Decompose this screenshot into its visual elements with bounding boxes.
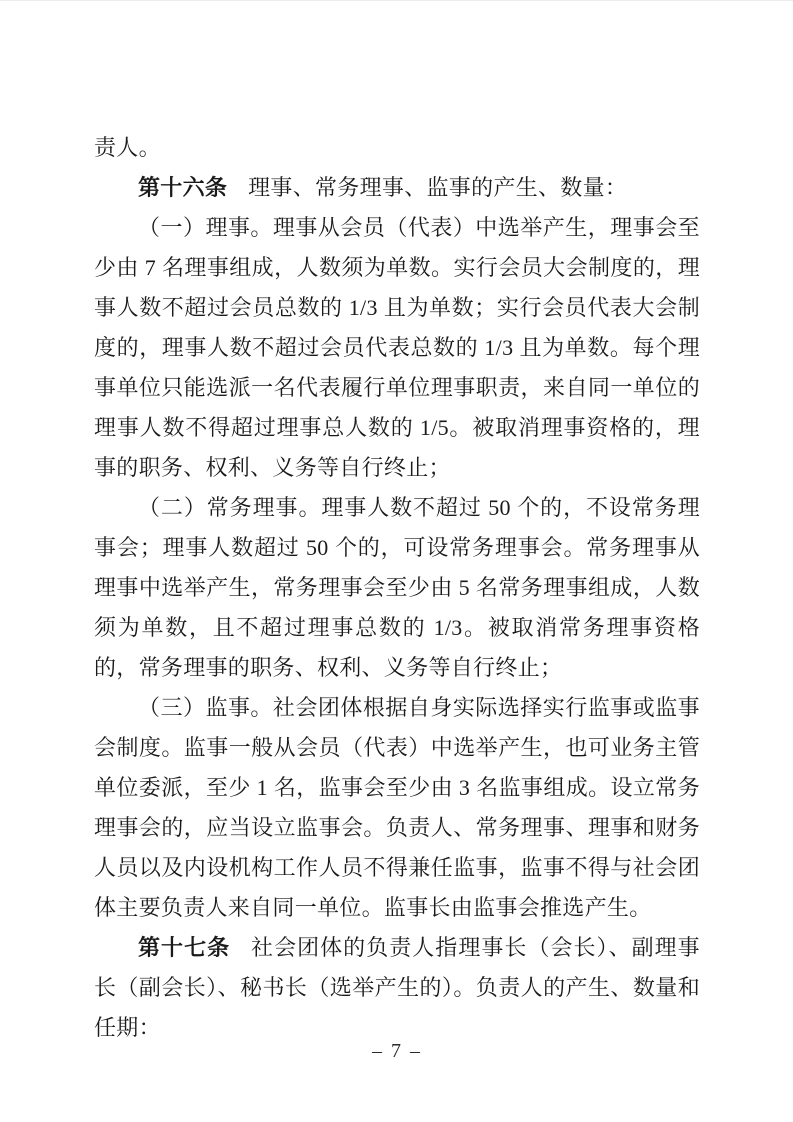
page-number: – 7 – xyxy=(94,1037,700,1065)
clause-2-executive-directors: （二）常务理事。理事人数不超过 50 个的，不设常务理事会；理事人数超过 50 … xyxy=(94,488,700,688)
article-16-heading: 第十六条理事、常务理事、监事的产生、数量： xyxy=(94,168,700,208)
article-16-number: 第十六条 xyxy=(138,175,227,200)
document-body: 责人。 第十六条理事、常务理事、监事的产生、数量： （一）理事。理事从会员（代表… xyxy=(94,128,700,1048)
article-17-heading: 第十七条社会团体的负责人指理事长（会长）、副理事长（副会长）、秘书长（选举产生的… xyxy=(94,928,700,1048)
paragraph-continuation: 责人。 xyxy=(94,128,700,168)
article-16-intro: 理事、常务理事、监事的产生、数量： xyxy=(248,175,627,200)
article-17-number: 第十七条 xyxy=(138,935,230,960)
clause-3-supervisors: （三）监事。社会团体根据自身实际选择实行监事或监事会制度。监事一般从会员（代表）… xyxy=(94,688,700,928)
document-page: 责人。 第十六条理事、常务理事、监事的产生、数量： （一）理事。理事从会员（代表… xyxy=(0,0,793,1122)
clause-1-directors: （一）理事。理事从会员（代表）中选举产生，理事会至少由 7 名理事组成，人数须为… xyxy=(94,208,700,488)
